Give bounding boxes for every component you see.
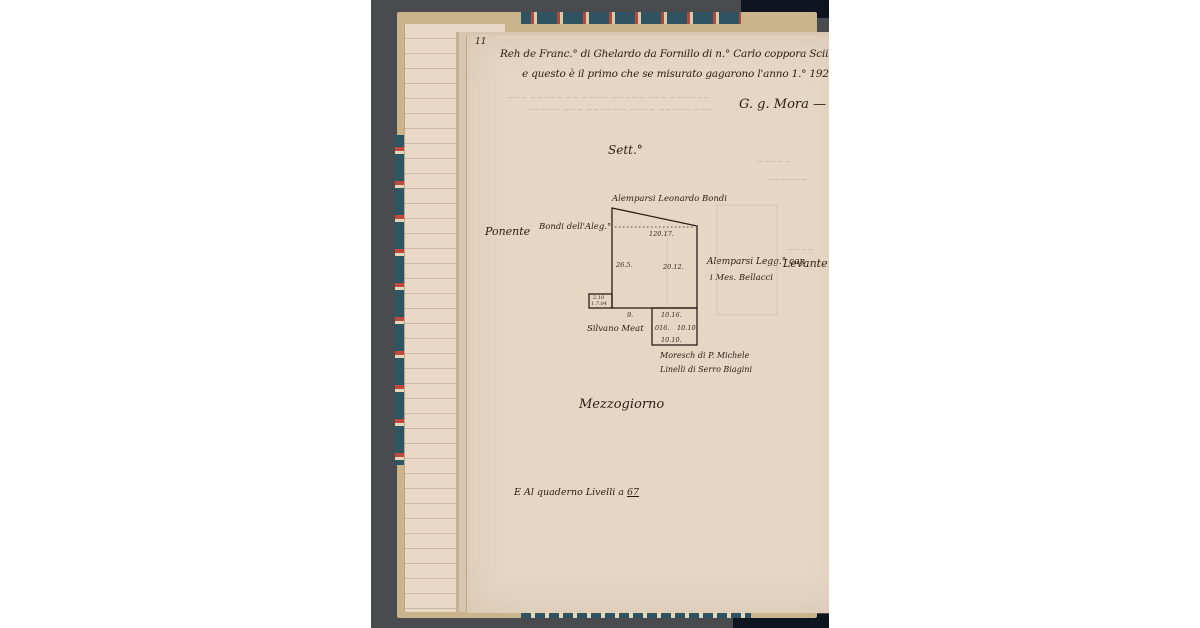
footer-note-text: E Al quaderno Livelli a xyxy=(514,487,624,498)
measure-annex-left: 016. xyxy=(655,324,669,332)
measure-annex-right: 10.10. xyxy=(677,324,698,332)
faint-pencil-lines xyxy=(667,205,777,315)
manuscript-scan: ~~~ ~~~~~ ~~ ~~~~ ~~~~~ ~~~ ~~~~~~ ~~~~~… xyxy=(371,0,829,628)
measure-north-inner: 120.17. xyxy=(649,230,674,238)
measure-small-box-bottom: 1.7.04 xyxy=(591,301,607,307)
parcel-plan-diagram xyxy=(467,35,829,613)
measure-annex-bottom: 10.10. xyxy=(661,336,682,344)
manuscript-page: ~~~ ~~~~~ ~~ ~~~~ ~~~~~ ~~~ ~~~~~~ ~~~~~… xyxy=(466,35,829,613)
main-parcel-outline xyxy=(612,208,697,308)
measure-west-side: 26.5. xyxy=(616,261,633,269)
measure-south-west-edge: 9. xyxy=(627,311,633,319)
measure-annex-top: 10.16. xyxy=(661,311,682,319)
floral-binding-top xyxy=(521,12,741,24)
measure-east-side: 20.12. xyxy=(663,263,684,271)
footer-note-ref: 67 xyxy=(627,487,639,498)
footer-note: E Al quaderno Livelli a 67 xyxy=(514,487,639,498)
